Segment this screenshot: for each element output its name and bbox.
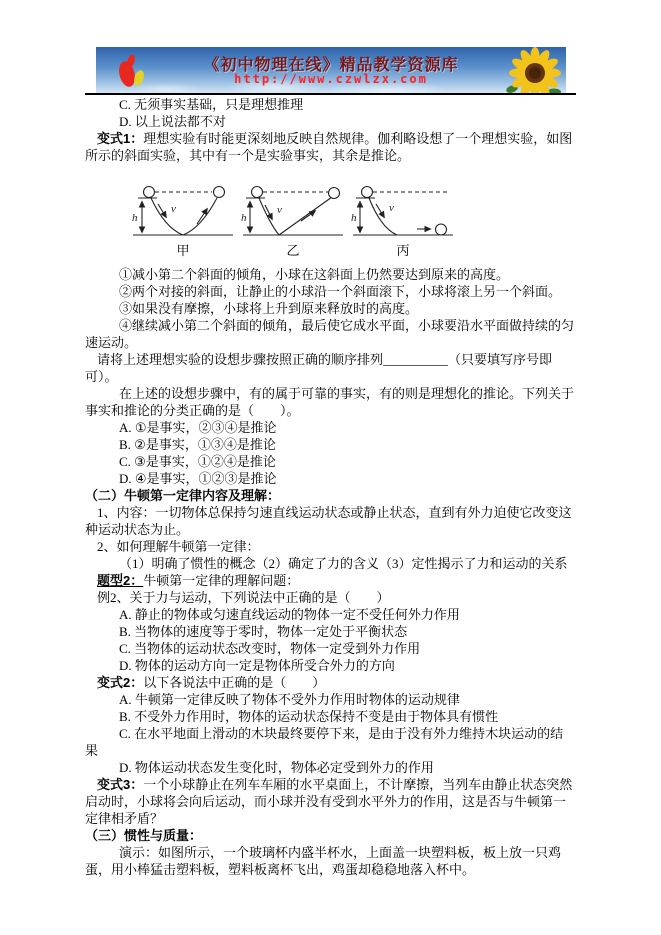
option-line: A. 静止的物体或匀速直线运动的物体一定不受任何外力作用 <box>85 606 576 623</box>
numbered-step: ③如果没有摩擦，小球将上升到原来释放时的高度。 <box>85 300 576 317</box>
sunflower-icon <box>502 47 564 93</box>
site-banner: 《初中物理在线》精品教学资源库 http://www.czwlzx.com <box>96 47 566 93</box>
numbered-step: ①减小第二个斜面的倾角，小球在这斜面上仍然要达到原来的高度。 <box>85 266 576 283</box>
topic-paragraph: 题型2：牛顿第一定律的理解问题： <box>85 572 576 589</box>
option-line: D. 以上说法都不对 <box>85 113 576 130</box>
height-label: h <box>132 212 138 224</box>
option-line: D. 物体的运动方向一定是物体所受合外力的方向 <box>85 657 576 674</box>
variant1-paragraph: 变式1：理想实验有时能更深刻地反映自然规律。伽利略设想了一个理想实验，如图所示的… <box>85 130 576 164</box>
velocity-label: v <box>171 203 176 215</box>
variant3-label: 变式3： <box>97 777 143 792</box>
velocity-label: v <box>389 202 394 214</box>
variant1-label: 变式1： <box>97 131 143 146</box>
paragraph: 2、如何理解牛顿第一定律： <box>85 538 576 555</box>
incline-figure-yi: h v 乙 <box>241 184 345 258</box>
incline-figure-bing: h v 丙 <box>351 184 455 258</box>
incline-experiment-figure: h v 甲 h v <box>131 184 576 258</box>
figure-caption: 甲 <box>131 243 235 258</box>
option-line: D. 物体运动状态发生变化时，物体必定受到外力的作用 <box>85 759 576 776</box>
topic-label: 题型2： <box>97 573 143 588</box>
numbered-step: ④继续减小第二个斜面的倾角，最后使它成水平面，小球要沿水平面做持续的匀速运动。 <box>85 317 576 351</box>
numbered-step: ②两个对接的斜面，让静止的小球沿一个斜面滚下，小球将滚上另一个斜面。 <box>85 283 576 300</box>
header-divider <box>85 93 576 95</box>
option-line: C. ③是事实，①②④是推论 <box>85 453 576 470</box>
figure-caption: 丙 <box>351 243 455 258</box>
document-content: C. 无须事实基础，只是理想推理 D. 以上说法都不对 变式1：理想实验有时能更… <box>85 96 576 878</box>
paragraph: 1、内容：一切物体总保持匀速直线运动状态或静止状态，直到有外力迫使它改变这种运动… <box>85 504 576 538</box>
section-heading: （二）牛顿第一定律内容及理解： <box>85 487 576 504</box>
option-line: B. 不受外力作用时，物体的运动状态保持不变是由于物体具有惯性 <box>85 708 576 725</box>
option-line: C. 无须事实基础，只是理想推理 <box>85 96 576 113</box>
velocity-label: v <box>277 204 282 216</box>
variant3-paragraph: 变式3：一个小球静止在列车车厢的水平桌面上，不计摩擦，当列车由静止状态突然启动时… <box>85 776 576 827</box>
example-question: 例2、关于力与运动，下列说法中正确的是（ ） <box>85 589 576 606</box>
demo-paragraph: 演示：如图所示，一个玻璃杯内盛半杯水，上面盖一块塑料板，板上放一只鸡蛋，用小棒猛… <box>85 844 576 878</box>
question-stem: 在上述的设想步骤中，有的属于可靠的事实，有的则是理想化的推论。下列关于事实和推论… <box>85 385 576 419</box>
height-label: h <box>351 212 357 224</box>
height-label: h <box>241 212 247 224</box>
option-line: D. ④是事实，①②③是推论 <box>85 470 576 487</box>
section-heading: （三）惯性与质量： <box>85 827 576 844</box>
paragraph: （1）明确了惯性的概念（2）确定了力的含义（3）定性揭示了力和运动的关系 <box>85 555 576 572</box>
variant2-paragraph: 变式2：以下各说法中正确的是（ ） <box>85 674 576 691</box>
option-line: C. 当物体的运动状态改变时，物体一定受到外力作用 <box>85 640 576 657</box>
option-line: A. ①是事实，②③④是推论 <box>85 419 576 436</box>
document-page: 《初中物理在线》精品教学资源库 http://www.czwlzx.com <box>0 0 661 935</box>
site-logo-icon <box>112 51 150 91</box>
incline-figure-jia: h v 甲 <box>131 184 235 258</box>
option-line: B. ②是事实，①③④是推论 <box>85 436 576 453</box>
banner-url: http://www.czwlzx.com <box>166 72 496 86</box>
variant2-label: 变式2： <box>97 675 143 690</box>
option-line: B. 当物体的速度等于零时，物体一定处于平衡状态 <box>85 623 576 640</box>
option-line: A. 牛顿第一定律反映了物体不受外力作用时物体的运动规律 <box>85 691 576 708</box>
option-line: C. 在水平地面上滑动的木块最终要停下来，是由于没有外力维持木块运动的结果 <box>85 725 576 759</box>
fill-blank-question: 请将上述理想实验的设想步骤按照正确的顺序排列__________（只要填写序号即… <box>85 351 576 385</box>
demo-label: 演示： <box>119 845 158 860</box>
figure-caption: 乙 <box>241 243 345 258</box>
